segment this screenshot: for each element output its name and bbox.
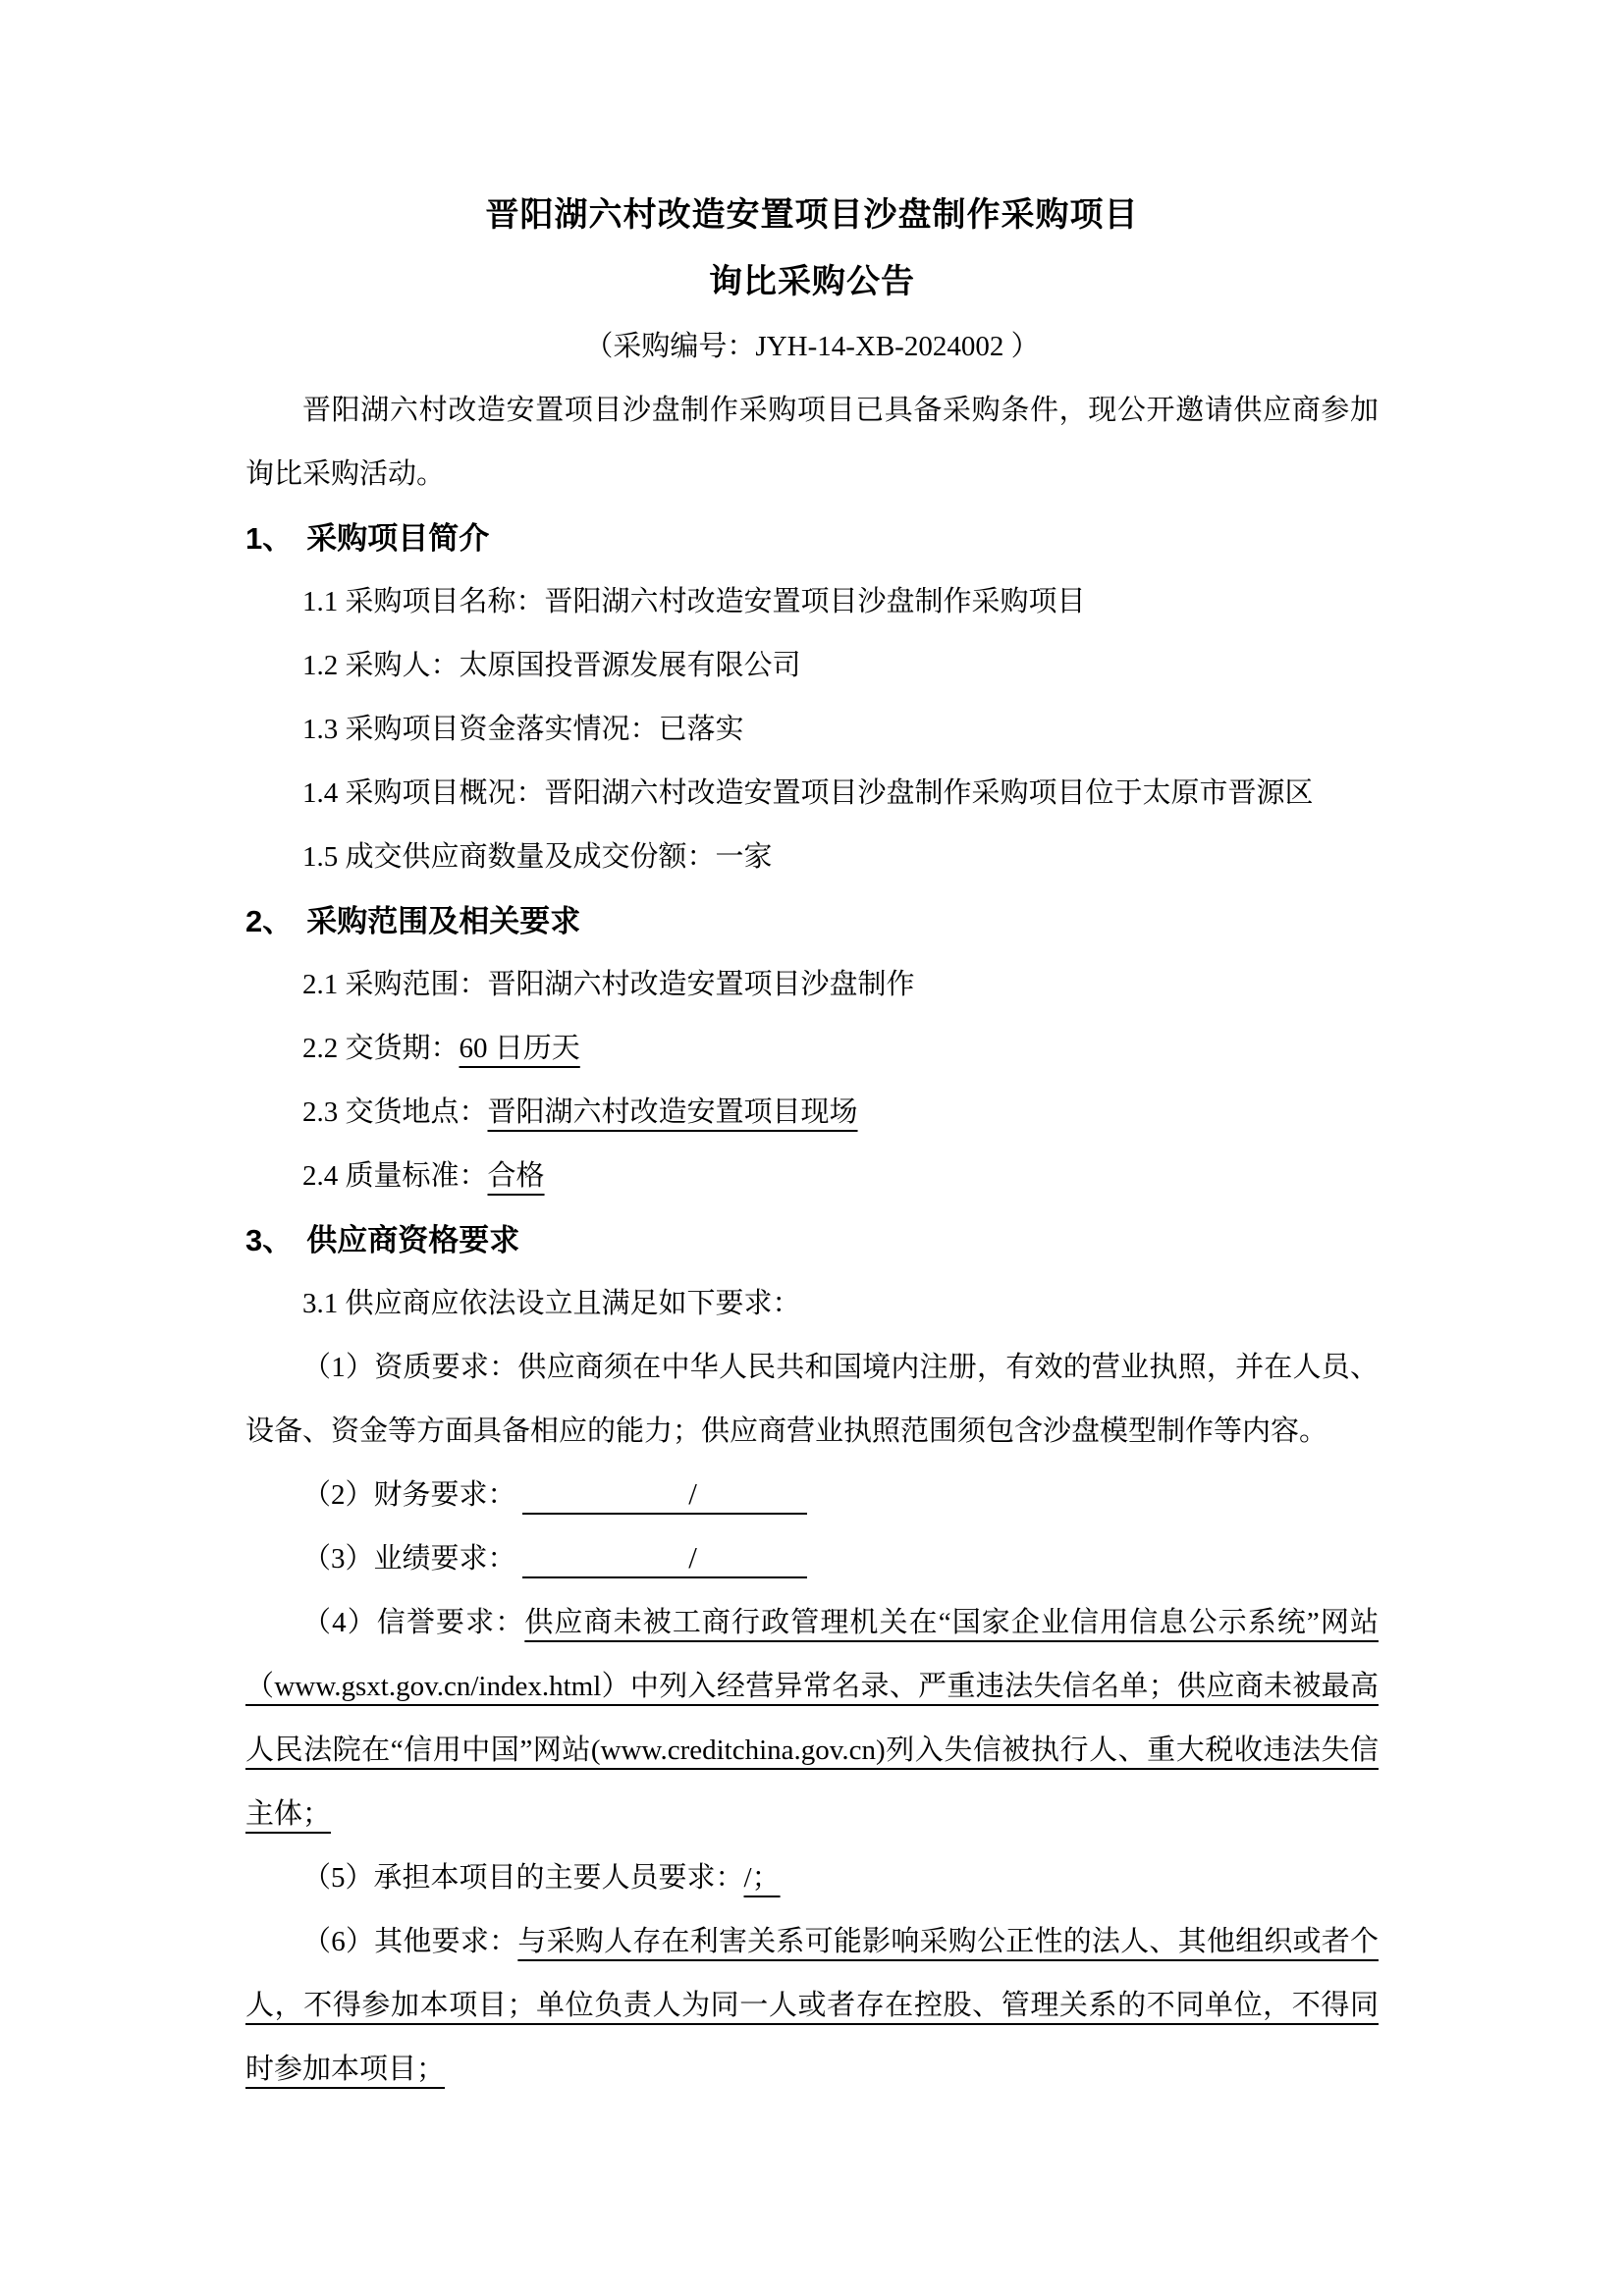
document-title-line2: 询比采购公告 — [245, 248, 1379, 315]
document-content: 晋阳湖六村改造安置项目沙盘制作采购项目 询比采购公告 （采购编号：JYH-14-… — [245, 182, 1379, 2102]
requirement-2-blank-field: / — [522, 1476, 807, 1515]
item-1-3: 1.3 采购项目资金落实情况：已落实 — [245, 698, 1379, 762]
item-1-5: 1.5 成交供应商数量及成交份额：一家 — [245, 826, 1379, 889]
requirement-4-value: 供应商未被工商行政管理机关在“国家企业信用信息公示系统”网站（www.gsxt.… — [245, 1607, 1379, 1830]
requirement-3-label: （3）业绩要求： — [302, 1543, 516, 1575]
item-2-2-label: 2.2 交货期： — [302, 1033, 460, 1064]
requirement-3-slash: / — [688, 1540, 697, 1575]
section2-heading: 2、采购范围及相关要求 — [245, 889, 1379, 953]
item-2-3: 2.3 交货地点：晋阳湖六村改造安置项目现场 — [245, 1081, 1379, 1145]
section1-heading: 1、采购项目简介 — [245, 507, 1379, 570]
item-2-1: 2.1 采购范围：晋阳湖六村改造安置项目沙盘制作 — [245, 953, 1379, 1017]
section2-heading-text: 采购范围及相关要求 — [306, 904, 580, 938]
section1-heading-number: 1、 — [245, 521, 293, 556]
requirement-5-value: /； — [744, 1862, 781, 1894]
requirement-3: （3）业绩要求：/ — [245, 1527, 1379, 1591]
item-2-4: 2.4 质量标准：合格 — [245, 1145, 1379, 1208]
requirement-3-blank-field: / — [522, 1540, 807, 1578]
requirement-4: （4）信誉要求：供应商未被工商行政管理机关在“国家企业信用信息公示系统”网站（w… — [245, 1591, 1379, 1846]
section1-heading-text: 采购项目简介 — [306, 521, 489, 556]
item-2-4-value: 合格 — [488, 1160, 545, 1192]
requirement-4-label: （4）信誉要求： — [302, 1607, 524, 1638]
requirement-1: （1）资质要求：供应商须在中华人民共和国境内注册，有效的营业执照，并在人员、设备… — [245, 1336, 1379, 1464]
section3-heading-text: 供应商资格要求 — [306, 1223, 519, 1257]
section2-heading-number: 2、 — [245, 904, 293, 938]
item-2-2: 2.2 交货期：60 日历天 — [245, 1017, 1379, 1081]
item-1-4: 1.4 采购项目概况：晋阳湖六村改造安置项目沙盘制作采购项目位于太原市晋源区 — [245, 762, 1379, 826]
requirement-6: （6）其他要求：与采购人存在利害关系可能影响采购公正性的法人、其他组织或者个人，… — [245, 1910, 1379, 2102]
item-2-4-label: 2.4 质量标准： — [302, 1160, 488, 1192]
document-title-line1: 晋阳湖六村改造安置项目沙盘制作采购项目 — [245, 182, 1379, 248]
requirement-2-label: （2）财务要求： — [302, 1479, 516, 1511]
item-2-3-label: 2.3 交货地点： — [302, 1096, 488, 1128]
item-1-2: 1.2 采购人：太原国投晋源发展有限公司 — [245, 634, 1379, 698]
section3-heading-number: 3、 — [245, 1223, 293, 1257]
document-page: 晋阳湖六村改造安置项目沙盘制作采购项目 询比采购公告 （采购编号：JYH-14-… — [0, 0, 1624, 2296]
item-1-1: 1.1 采购项目名称：晋阳湖六村改造安置项目沙盘制作采购项目 — [245, 570, 1379, 634]
requirement-2-slash: / — [688, 1476, 697, 1511]
requirement-6-label: （6）其他要求： — [302, 1926, 517, 1957]
requirement-5-label: （5）承担本项目的主要人员要求： — [302, 1862, 744, 1894]
procurement-number: （采购编号：JYH-14-XB-2024002 ） — [245, 315, 1379, 379]
section3-heading: 3、供应商资格要求 — [245, 1208, 1379, 1272]
intro-paragraph: 晋阳湖六村改造安置项目沙盘制作采购项目已具备采购条件，现公开邀请供应商参加询比采… — [245, 379, 1379, 507]
requirement-2: （2）财务要求：/ — [245, 1464, 1379, 1527]
item-2-3-value: 晋阳湖六村改造安置项目现场 — [488, 1096, 858, 1128]
item-3-1: 3.1 供应商应依法设立且满足如下要求： — [245, 1272, 1379, 1336]
requirement-5: （5）承担本项目的主要人员要求：/； — [245, 1846, 1379, 1910]
item-2-2-value: 60 日历天 — [460, 1033, 580, 1064]
